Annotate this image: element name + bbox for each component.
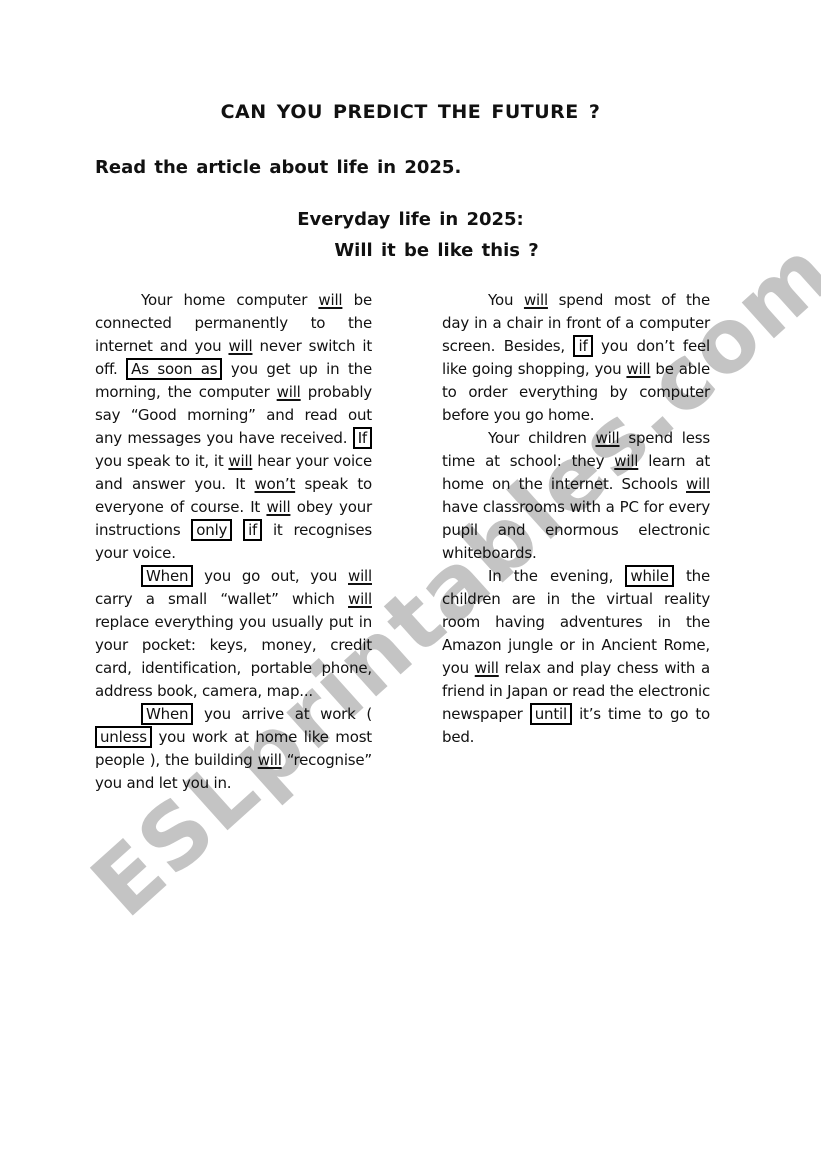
underlined-word: won’t <box>255 475 296 493</box>
underlined-word: will <box>258 751 282 769</box>
boxed-word: if <box>573 335 592 357</box>
article-column-right: You will spend most of the day in a chai… <box>442 289 710 795</box>
text-segment: you arrive at work ( <box>193 705 372 723</box>
boxed-word: unless <box>95 726 152 748</box>
article-subtitle: Everyday life in 2025: Will it be like t… <box>0 204 821 266</box>
text-segment: In the evening, <box>488 567 625 585</box>
boxed-word: until <box>530 703 572 725</box>
underlined-word: will <box>475 659 499 677</box>
text-segment: Your children <box>488 429 596 447</box>
paragraph: When you go out, you will carry a small … <box>95 565 372 703</box>
underlined-word: will <box>348 590 372 608</box>
underlined-word: will <box>228 452 252 470</box>
article-column-left: Your home computer will be connected per… <box>95 289 372 795</box>
article-subtitle-line1: Everyday life in 2025: <box>0 204 821 235</box>
underlined-word: will <box>626 360 650 378</box>
boxed-word: If <box>353 427 372 449</box>
underlined-word: will <box>614 452 638 470</box>
underlined-word: will <box>524 291 548 309</box>
text-segment <box>232 521 243 539</box>
text-segment: You <box>488 291 524 309</box>
boxed-word: As soon as <box>126 358 222 380</box>
paragraph: You will spend most of the day in a chai… <box>442 289 710 427</box>
article-subtitle-line2: Will it be like this ? <box>0 235 821 266</box>
text-segment: have classrooms with a PC for every pupi… <box>442 498 710 562</box>
underlined-word: will <box>277 383 301 401</box>
paragraph: Your children will spend less time at sc… <box>442 427 710 565</box>
paragraph: In the evening, while the children are i… <box>442 565 710 749</box>
text-segment: carry a small “wallet” which <box>95 590 348 608</box>
boxed-word: When <box>141 703 193 725</box>
paragraph: Your home computer will be connected per… <box>95 289 372 565</box>
boxed-word: if <box>243 519 262 541</box>
article-columns: Your home computer will be connected per… <box>95 289 710 795</box>
text-segment: Your home computer <box>141 291 318 309</box>
paragraph: When you arrive at work ( unless you wor… <box>95 703 372 795</box>
text-segment: replace everything you usually put in yo… <box>95 613 372 700</box>
underlined-word: will <box>266 498 290 516</box>
boxed-word: only <box>191 519 232 541</box>
underlined-word: will <box>348 567 372 585</box>
underlined-word: will <box>686 475 710 493</box>
underlined-word: will <box>596 429 620 447</box>
boxed-word: while <box>625 565 673 587</box>
worksheet-page: ESLprintables.com CAN YOU PREDICT THE FU… <box>0 0 821 1169</box>
page-title: CAN YOU PREDICT THE FUTURE ? <box>0 101 821 123</box>
worksheet-content: CAN YOU PREDICT THE FUTURE ? Read the ar… <box>0 0 821 1169</box>
text-segment: you go out, you <box>193 567 348 585</box>
instruction-text: Read the article about life in 2025. <box>95 157 461 178</box>
underlined-word: will <box>228 337 252 355</box>
underlined-word: will <box>318 291 342 309</box>
boxed-word: When <box>141 565 193 587</box>
text-segment: you speak to it, it <box>95 452 228 470</box>
